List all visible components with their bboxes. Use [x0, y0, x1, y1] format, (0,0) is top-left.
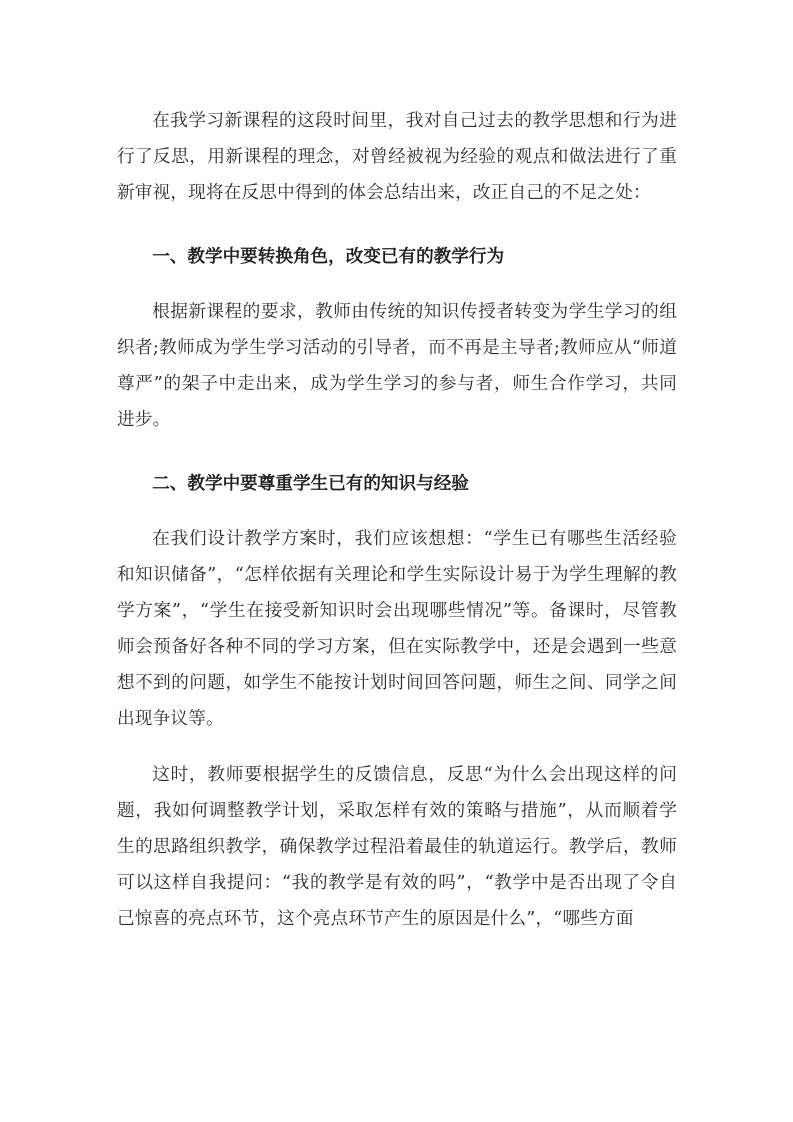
intro-paragraph: 在我学习新课程的这段时间里，我对自己过去的教学思想和行为进行了反思，用新课程的理… — [117, 103, 677, 211]
section-2-paragraph-1: 在我们设计教学方案时，我们应该想想：“学生已有哪些生活经验和知识储备”，“怎样依… — [117, 521, 677, 737]
document-page: 在我学习新课程的这段时间里，我对自己过去的教学思想和行为进行了反思，用新课程的理… — [117, 103, 677, 937]
section-heading-2: 二、教学中要尊重学生已有的知识与经验 — [117, 466, 677, 502]
section-1-paragraph: 根据新课程的要求，教师由传统的知识传授者转变为学生学习的组织者;教师成为学生学习… — [117, 294, 677, 438]
section-2-paragraph-2: 这时，教师要根据学生的反馈信息，反思“为什么会出现这样的问题，我如何调整教学计划… — [117, 757, 677, 937]
section-heading-1: 一、教学中要转换角色，改变已有的教学行为 — [117, 239, 677, 275]
